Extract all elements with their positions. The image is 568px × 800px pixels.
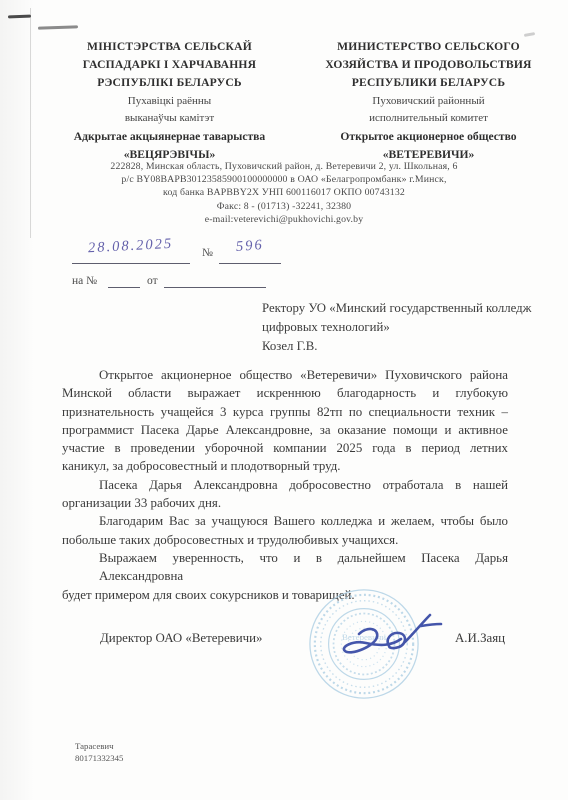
scan-artifact [38, 25, 78, 29]
company-name-be: Адкрытае акцыянернае таварыства «ВЕЦЯРЭВ… [48, 128, 291, 164]
executor-block: Тарасевич 80171332345 [75, 741, 123, 764]
email-line: e-mail:veterevichi@pukhovichi.gov.by [30, 213, 538, 226]
blank-field [164, 287, 266, 288]
bank-account-line: р/с BY08BAPB30123585900100000000 в ОАО «… [30, 173, 538, 186]
signer-name: А.И.Заяц [455, 631, 505, 646]
text-line: программист Пасека Дарье Александровне, … [62, 421, 508, 439]
text-line: Пасека Дарья Александровна добросовестно… [62, 476, 508, 494]
fax-line: Факс: 8 - (01713) -32241, 32380 [30, 200, 538, 213]
paragraph: Пасека Дарья Александровна добросовестно… [62, 476, 508, 513]
text-line: Адкрытае акцыянернае таварыства [48, 128, 291, 146]
text-line: побольше таких добросовестных и трудолюб… [62, 531, 508, 549]
reference-block: 28.08.2025 № 596 на № от [72, 238, 332, 291]
text-line: Выражаем уверенность, что и в дальнейшем… [62, 549, 508, 586]
executor-name: Тарасевич [75, 741, 123, 753]
scan-artifact [524, 32, 535, 37]
text-line: Минской области выражает искреннюю благо… [62, 384, 508, 402]
text-line: признательность учащейся 3 курса группы … [62, 403, 508, 421]
director-signature-script [333, 606, 453, 668]
committee-name-be: Пухавіцкі раённы выканаўчы камітэт [48, 93, 291, 127]
recipient-block: Ректору УО «Минский государственный колл… [262, 299, 554, 356]
text-line: Пуховичский районный [307, 93, 550, 110]
text-line: исполнительный комитет [307, 110, 550, 127]
recipient-name: Козел Г.В. [262, 337, 554, 356]
text-line: выканаўчы камітэт [48, 110, 291, 127]
recipient-line: Ректору УО «Минский государственный колл… [262, 299, 554, 318]
text-line: каникул, за добросовестный и плодотворны… [62, 457, 508, 475]
text-line: Открытое акционерное общество «Ветеревич… [62, 366, 508, 384]
handwritten-date: 28.08.2025 [88, 236, 174, 257]
number-field: 596 [219, 238, 281, 264]
text-line: ХОЗЯЙСТВА И ПРОДОВОЛЬСТВИЯ [307, 56, 550, 74]
ministry-name-be: МІНІСТЭРСТВА СЕЛЬСКАЙ ГАСПАДАРКІ І ХАРЧА… [48, 38, 291, 92]
reply-reference-row: на № от [72, 275, 332, 291]
text-line: ГАСПАДАРКІ І ХАРЧАВАННЯ [48, 56, 291, 74]
reply-number-label: на № [72, 275, 97, 287]
scan-artifact [8, 15, 31, 19]
letterhead-russian-column: МИНИСТЕРСТВО СЕЛЬСКОГО ХОЗЯЙСТВА И ПРОДО… [299, 38, 550, 164]
text-line: организации 33 рабочих дня. [62, 494, 508, 512]
letter-body: Открытое акционерное общество «Ветеревич… [62, 366, 508, 604]
handwritten-number: 596 [236, 237, 265, 256]
paragraph: Выражаем уверенность, что и в дальнейшем… [62, 549, 508, 604]
executor-phone: 80171332345 [75, 753, 123, 765]
address-block: 222828, Минская область, Пуховичский рай… [30, 160, 538, 226]
text-line: Благодарим Вас за учащуюся Вашего коллед… [62, 512, 508, 530]
text-line: будет примером для своих сокурсников и т… [62, 586, 508, 604]
paragraph: Благодарим Вас за учащуюся Вашего коллед… [62, 512, 508, 549]
text-line: МІНІСТЭРСТВА СЕЛЬСКАЙ [48, 38, 291, 56]
committee-name-ru: Пуховичский районный исполнительный коми… [307, 93, 550, 127]
address-line: 222828, Минская область, Пуховичский рай… [30, 160, 538, 173]
text-line: участие в проведении уборочной компании … [62, 439, 508, 457]
scanned-letter: МІНІСТЭРСТВА СЕЛЬСКАЙ ГАСПАДАРКІ І ХАРЧА… [0, 0, 568, 800]
recipient-line: цифровых технологий» [262, 318, 554, 337]
number-sign-label: № [202, 247, 213, 259]
letterhead: МІНІСТЭРСТВА СЕЛЬСКАЙ ГАСПАДАРКІ І ХАРЧА… [48, 38, 550, 164]
letterhead-belarusian-column: МІНІСТЭРСТВА СЕЛЬСКАЙ ГАСПАДАРКІ І ХАРЧА… [48, 38, 299, 164]
ministry-name-ru: МИНИСТЕРСТВО СЕЛЬСКОГО ХОЗЯЙСТВА И ПРОДО… [307, 38, 550, 92]
text-line: МИНИСТЕРСТВО СЕЛЬСКОГО [307, 38, 550, 56]
text-line: РЭСПУБЛІКІ БЕЛАРУСЬ [48, 74, 291, 92]
signer-position: Директор ОАО «Ветеревичи» [100, 631, 263, 646]
bank-codes-line: код банка BAPBBY2X УНП 600116017 ОКПО 00… [30, 186, 538, 199]
blank-field [108, 287, 140, 288]
company-name-ru: Открытое акционерное общество «ВЕТЕРЕВИЧ… [307, 128, 550, 164]
paragraph: Открытое акционерное общество «Ветеревич… [62, 366, 508, 476]
text-line: РЕСПУБЛИКИ БЕЛАРУСЬ [307, 74, 550, 92]
outgoing-reference-row: 28.08.2025 № 596 [72, 238, 332, 265]
date-field: 28.08.2025 [72, 238, 190, 264]
reply-date-label: от [147, 275, 158, 287]
text-line: Пухавіцкі раённы [48, 93, 291, 110]
text-line: Открытое акционерное общество [307, 128, 550, 146]
